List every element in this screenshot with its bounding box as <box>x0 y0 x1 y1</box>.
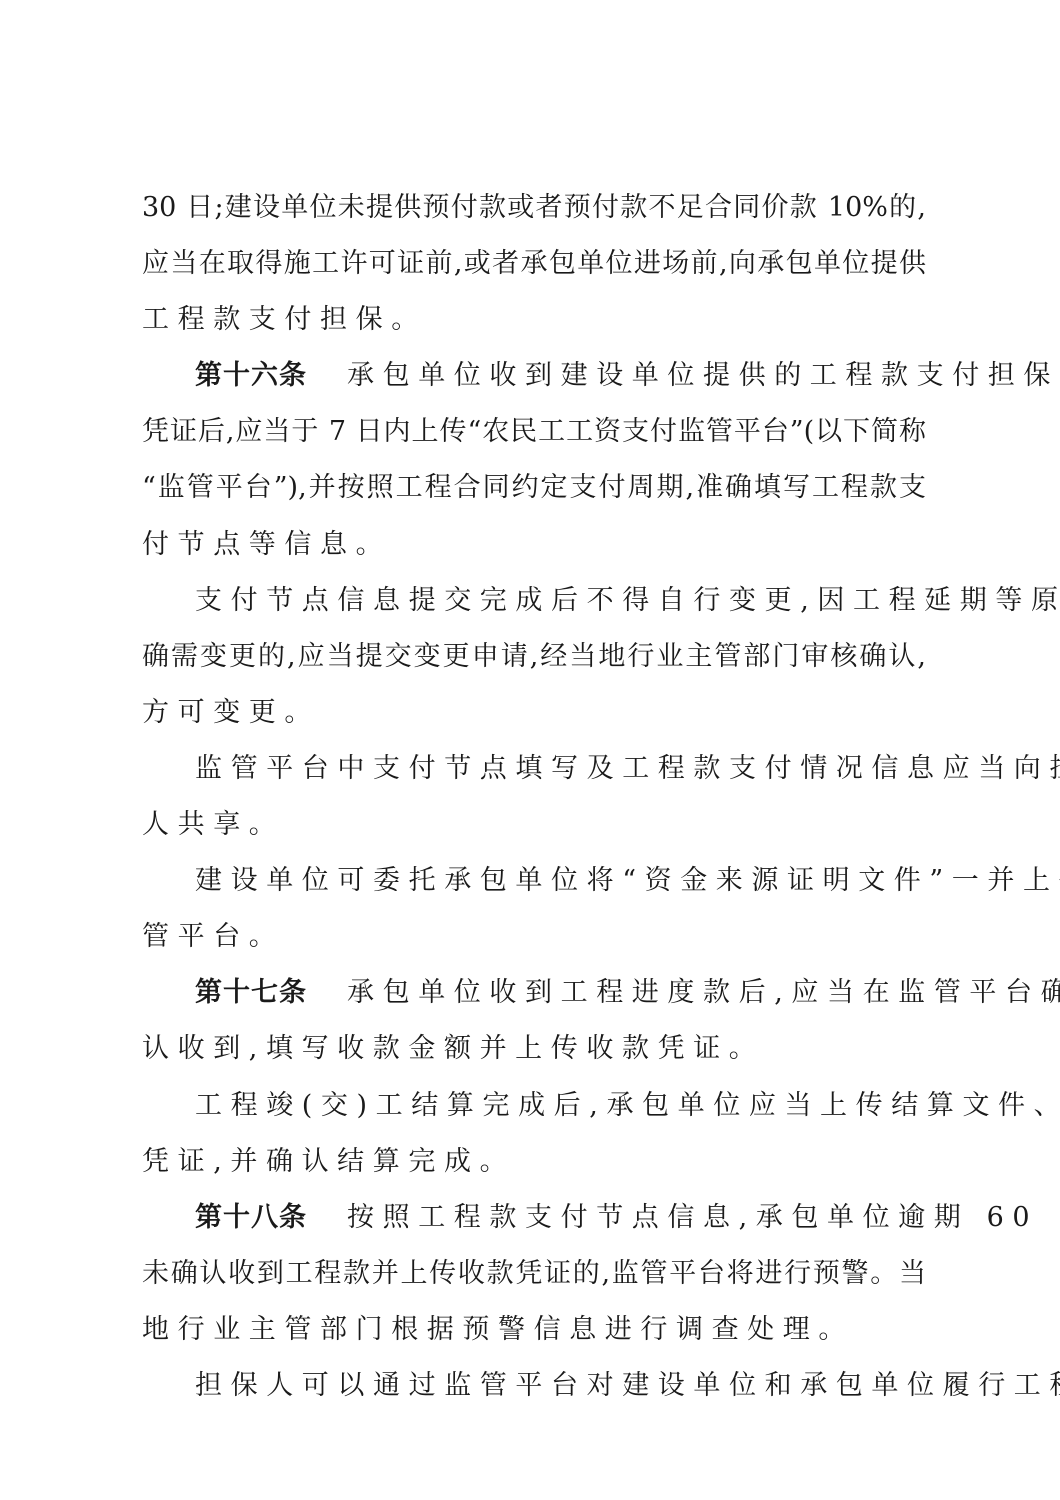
line-text: 承包单位收到建设单位提供的工程款支付担保 <box>347 360 1059 391</box>
article-18-line: 第十八条按照工程款支付节点信息,承包单位逾期 60 日 <box>142 1196 926 1252</box>
document-body: 30 日;建设单位未提供预付款或者预付款不足合同价款 10%的, 应当在取得施工… <box>142 186 926 1420</box>
text-line: 人共享。 <box>142 803 926 859</box>
text-line: 30 日;建设单位未提供预付款或者预付款不足合同价款 10%的, <box>142 186 926 242</box>
line-text: 管平台。 <box>142 921 284 952</box>
article-number: 第十六条 <box>195 360 307 391</box>
text-line: 凭证,并确认结算完成。 <box>142 1140 926 1196</box>
paragraph-start-line: 建设单位可委托承包单位将“资金来源证明文件”一并上传监 <box>142 859 926 915</box>
text-line: 应当在取得施工许可证前,或者承包单位进场前,向承包单位提供 <box>142 242 926 298</box>
text-line: 方可变更。 <box>142 691 926 747</box>
article-16-line: 第十六条承包单位收到建设单位提供的工程款支付担保 <box>142 354 926 410</box>
article-17-line: 第十七条承包单位收到工程进度款后,应当在监管平台确 <box>142 971 926 1027</box>
line-text: 方可变更。 <box>142 697 320 728</box>
text-line: 凭证后,应当于 7 日内上传“农民工工资支付监管平台”(以下简称 <box>142 410 926 466</box>
line-text: 地行业主管部门根据预警信息进行调查处理。 <box>142 1314 854 1345</box>
line-text: 工程款支付担保。 <box>142 304 427 335</box>
line-text: 未确认收到工程款并上传收款凭证的,监管平台将进行预警。当 <box>142 1252 926 1296</box>
paragraph-start-line: 担保人可以通过监管平台对建设单位和承包单位履行工程合 <box>142 1364 926 1420</box>
line-text: 应当在取得施工许可证前,或者承包单位进场前,向承包单位提供 <box>142 242 926 286</box>
text-line: 付节点等信息。 <box>142 523 926 579</box>
text-line: 地行业主管部门根据预警信息进行调查处理。 <box>142 1308 926 1364</box>
document-page: 30 日;建设单位未提供预付款或者预付款不足合同价款 10%的, 应当在取得施工… <box>0 0 1060 1500</box>
line-text: 认收到,填写收款金额并上传收款凭证。 <box>142 1033 764 1064</box>
paragraph-start-line: 工程竣(交)工结算完成后,承包单位应当上传结算文件、收款 <box>142 1084 926 1140</box>
line-text: 凭证后,应当于 7 日内上传“农民工工资支付监管平台”(以下简称 <box>142 410 926 454</box>
text-line: 管平台。 <box>142 915 926 971</box>
line-text: 建设单位可委托承包单位将“资金来源证明文件”一并上传监 <box>195 865 1060 896</box>
line-text: 人共享。 <box>142 809 284 840</box>
line-text: 工程竣(交)工结算完成后,承包单位应当上传结算文件、收款 <box>195 1090 1060 1121</box>
line-text: 付节点等信息。 <box>142 529 391 560</box>
line-text: 支付节点信息提交完成后不得自行变更,因工程延期等原因 <box>195 585 1060 616</box>
line-text: 监管平台中支付节点填写及工程款支付情况信息应当向担保 <box>195 753 1060 784</box>
line-text: 30 日;建设单位未提供预付款或者预付款不足合同价款 10%的, <box>142 186 926 230</box>
article-number: 第十八条 <box>195 1202 307 1233</box>
paragraph-start-line: 监管平台中支付节点填写及工程款支付情况信息应当向担保 <box>142 747 926 803</box>
line-text: 担保人可以通过监管平台对建设单位和承包单位履行工程合 <box>195 1370 1060 1401</box>
text-line: “监管平台”),并按照工程合同约定支付周期,准确填写工程款支 <box>142 466 926 522</box>
text-line: 未确认收到工程款并上传收款凭证的,监管平台将进行预警。当 <box>142 1252 926 1308</box>
text-line: 工程款支付担保。 <box>142 298 926 354</box>
text-line: 认收到,填写收款金额并上传收款凭证。 <box>142 1027 926 1083</box>
line-text: 确需变更的,应当提交变更申请,经当地行业主管部门审核确认, <box>142 635 926 679</box>
text-line: 确需变更的,应当提交变更申请,经当地行业主管部门审核确认, <box>142 635 926 691</box>
article-number: 第十七条 <box>195 977 307 1008</box>
line-text: “监管平台”),并按照工程合同约定支付周期,准确填写工程款支 <box>142 466 926 510</box>
paragraph-start-line: 支付节点信息提交完成后不得自行变更,因工程延期等原因 <box>142 579 926 635</box>
line-text: 按照工程款支付节点信息,承包单位逾期 60 日 <box>347 1202 1060 1233</box>
line-text: 承包单位收到工程进度款后,应当在监管平台确 <box>347 977 1060 1008</box>
line-text: 凭证,并确认结算完成。 <box>142 1146 515 1177</box>
